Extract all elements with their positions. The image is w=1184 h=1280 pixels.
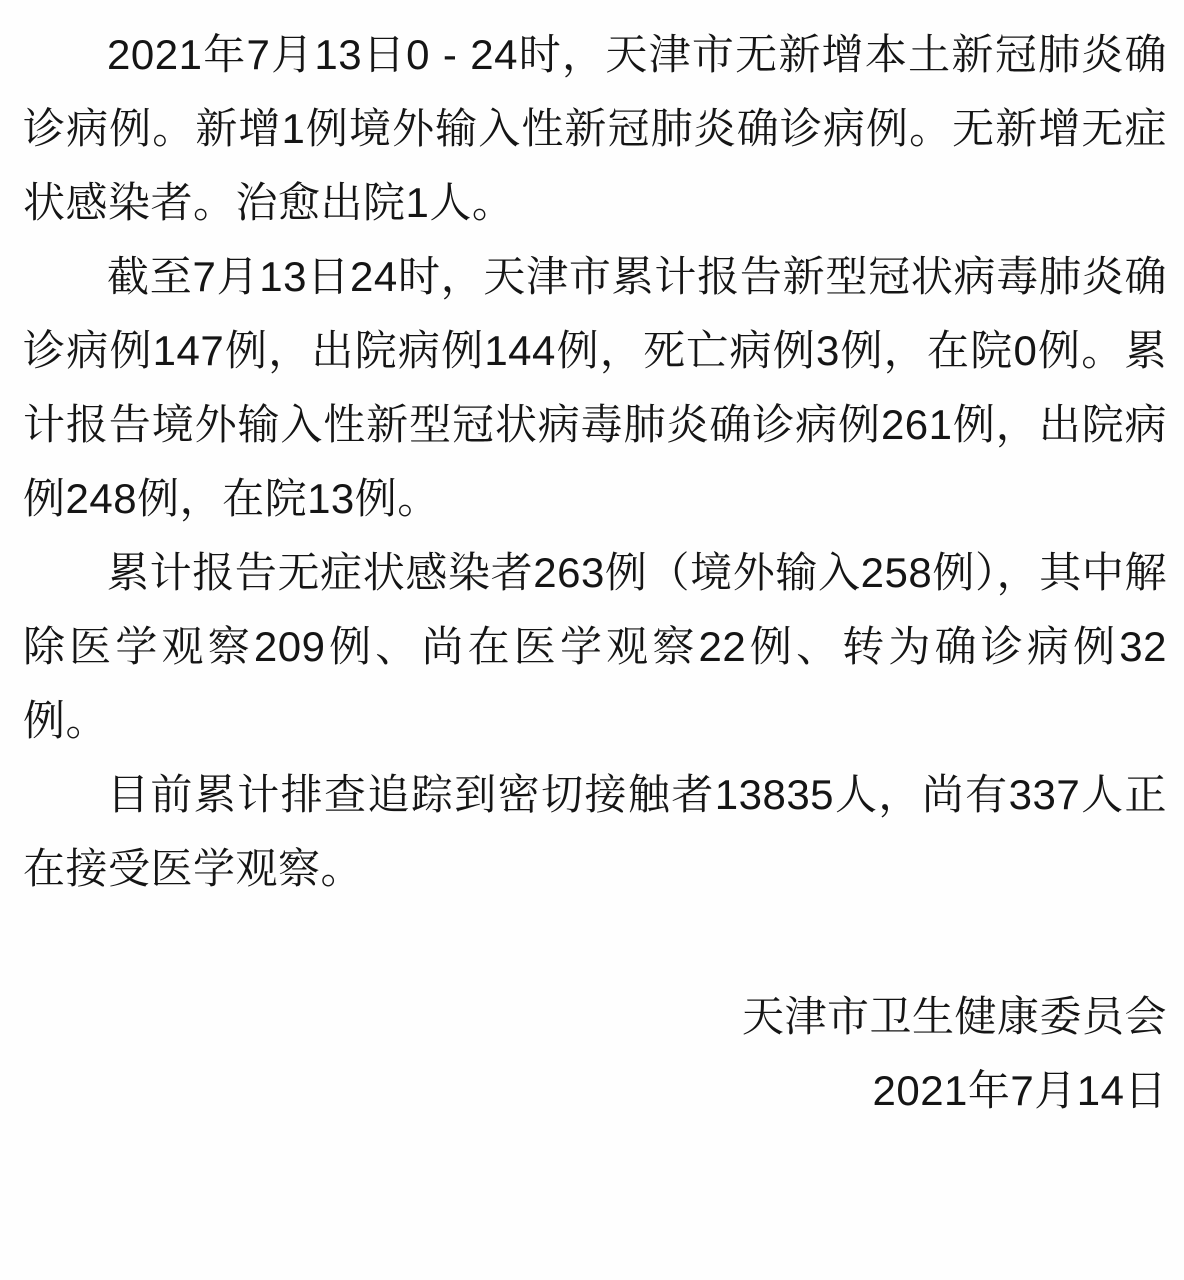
issue-date: 2021年7月14日 — [23, 1054, 1167, 1128]
paragraph-close-contacts: 目前累计排查追踪到密切接触者13835人，尚有337人正在接受医学观察。 — [23, 758, 1167, 906]
paragraph-asymptomatic-cases: 累计报告无症状感染者263例（境外输入258例），其中解除医学观察209例、尚在… — [23, 536, 1167, 758]
announcement-body: 2021年7月13日0 - 24时，天津市无新增本土新冠肺炎确诊病例。新增1例境… — [23, 18, 1167, 906]
paragraph-cumulative-confirmed: 截至7月13日24时，天津市累计报告新型冠状病毒肺炎确诊病例147例，出院病例1… — [23, 240, 1167, 536]
issuer-name: 天津市卫生健康委员会 — [23, 980, 1167, 1054]
paragraph-daily-update: 2021年7月13日0 - 24时，天津市无新增本土新冠肺炎确诊病例。新增1例境… — [23, 18, 1167, 240]
announcement-page: 2021年7月13日0 - 24时，天津市无新增本土新冠肺炎确诊病例。新增1例境… — [0, 0, 1184, 1280]
signature-block: 天津市卫生健康委员会 2021年7月14日 — [23, 980, 1167, 1128]
